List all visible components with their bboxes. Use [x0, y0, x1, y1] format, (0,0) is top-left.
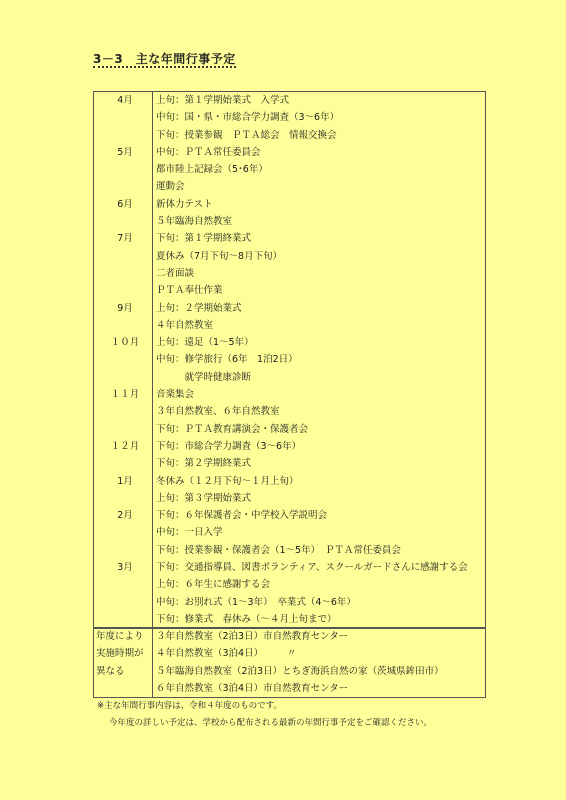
- table-row: 7月下旬：第１学期終業式: [94, 230, 486, 247]
- table-row: 実施時期が４年自然教室（3泊4日） 〃: [94, 645, 486, 662]
- table-row: １０月上旬：遠足（1～5年）: [94, 334, 486, 351]
- month-cell: [94, 594, 153, 611]
- table-row: 1月冬休み（１２月下旬～１月上旬）: [94, 473, 486, 490]
- month-cell: 4月: [94, 92, 153, 110]
- table-row: 夏休み（7月下旬～8月下旬）: [94, 248, 486, 265]
- note-current-year: ※主な年間行事内容は、令和４年度のものです。: [97, 698, 432, 715]
- event-cell: 中旬：一日入学: [153, 524, 486, 541]
- label-cell: 異なる: [94, 663, 153, 680]
- event-cell: ３年自然教室、６年自然教室: [153, 403, 486, 420]
- event-cell: 下旬：交通指導員、図書ボランティア、スクールガードさんに感謝する会: [153, 559, 486, 576]
- event-cell: 冬休み（１２月下旬～１月上旬）: [153, 473, 486, 490]
- table-row: 中旬：国・県・市総合学力調査（3～6年）: [94, 109, 486, 126]
- event-cell: 下旬：ＰＴＡ教育講演会・保護者会: [153, 421, 486, 438]
- table-row: 運動会: [94, 178, 486, 195]
- note-check-latest: 今年度の詳しい予定は、学校から配布される最新の年間行事予定をご確認ください。: [97, 715, 432, 732]
- event-cell: 新体力テスト: [153, 196, 486, 213]
- event-cell: 就学時健康診断: [153, 369, 486, 386]
- month-cell: [94, 127, 153, 144]
- event-cell: ４年自然教室: [153, 317, 486, 334]
- table-row: 4月上旬：第１学期始業式 入学式: [94, 92, 486, 110]
- table-row: １１月音楽集会: [94, 386, 486, 403]
- event-cell: ４年自然教室（3泊4日） 〃: [153, 645, 486, 662]
- table-row: 二者面談: [94, 265, 486, 282]
- month-cell: [94, 161, 153, 178]
- month-cell: 9月: [94, 300, 153, 317]
- month-cell: [94, 178, 153, 195]
- event-cell: 上旬：２学期始業式: [153, 300, 486, 317]
- event-cell: ６年自然教室（3泊4日）市自然教育センター: [153, 680, 486, 698]
- table-row: 9月上旬：２学期始業式: [94, 300, 486, 317]
- month-cell: [94, 213, 153, 230]
- table-row: 就学時健康診断: [94, 369, 486, 386]
- event-cell: 中旬：国・県・市総合学力調査（3～6年）: [153, 109, 486, 126]
- annual-schedule-table: 4月上旬：第１学期始業式 入学式中旬：国・県・市総合学力調査（3～6年）下旬：授…: [93, 91, 486, 629]
- table-row: 上旬：第３学期始業式: [94, 490, 486, 507]
- month-cell: １１月: [94, 386, 153, 403]
- section-title: 3－3 主な年間行事予定: [93, 52, 236, 68]
- table-row: 3月下旬：交通指導員、図書ボランティア、スクールガードさんに感謝する会: [94, 559, 486, 576]
- table-row: 中旬：一日入学: [94, 524, 486, 541]
- table-row: 2月下旬：６年保護者会・中学校入学説明会: [94, 507, 486, 524]
- event-cell: 都市陸上記録会（5･6年）: [153, 161, 486, 178]
- table-row: 下旬：授業参観 ＰＴＡ総会 情報交換会: [94, 127, 486, 144]
- event-cell: 下旬：第２学期終業式: [153, 455, 486, 472]
- event-cell: 上旬：第１学期始業式 入学式: [153, 92, 486, 110]
- table-row: 下旬：第２学期終業式: [94, 455, 486, 472]
- event-cell: ５年臨海自然教室: [153, 213, 486, 230]
- event-cell: 中旬：お別れ式（1～3年） 卒業式（4～6年）: [153, 594, 486, 611]
- month-cell: [94, 369, 153, 386]
- month-cell: 1月: [94, 473, 153, 490]
- table-row: 異なる５年臨海自然教室（2泊3日）とちぎ海浜自然の家（茨城県鉾田市）: [94, 663, 486, 680]
- event-cell: 上旬：第３学期始業式: [153, 490, 486, 507]
- month-cell: １２月: [94, 438, 153, 455]
- month-cell: [94, 317, 153, 334]
- label-cell: [94, 680, 153, 698]
- month-cell: [94, 542, 153, 559]
- month-cell: [94, 576, 153, 593]
- month-cell: 6月: [94, 196, 153, 213]
- event-cell: ５年臨海自然教室（2泊3日）とちぎ海浜自然の家（茨城県鉾田市）: [153, 663, 486, 680]
- month-cell: 3月: [94, 559, 153, 576]
- table-row: 中旬：お別れ式（1～3年） 卒業式（4～6年）: [94, 594, 486, 611]
- table-row: ３年自然教室、６年自然教室: [94, 403, 486, 420]
- event-cell: 中旬：ＰＴＡ常任委員会: [153, 144, 486, 161]
- table-row: １２月下旬：市総合学力調査（3～6年）: [94, 438, 486, 455]
- table-row: 中旬：修学旅行（6年 1泊2日）: [94, 351, 486, 368]
- table-row: ５年臨海自然教室: [94, 213, 486, 230]
- table-row: 下旬：ＰＴＡ教育講演会・保護者会: [94, 421, 486, 438]
- month-cell: [94, 109, 153, 126]
- table-row: 年度により３年自然教室（2泊3日）市自然教育センター: [94, 628, 486, 646]
- label-cell: 実施時期が: [94, 645, 153, 662]
- table-row: 6月新体力テスト: [94, 196, 486, 213]
- event-cell: ＰＴＡ奉仕作業: [153, 282, 486, 299]
- table-row: 下旬：授業参観・保護者会（1～5年） ＰＴＡ常任委員会: [94, 542, 486, 559]
- variable-schedule-table: 年度により３年自然教室（2泊3日）市自然教育センター実施時期が４年自然教室（3泊…: [93, 627, 486, 698]
- event-cell: 下旬：第１学期終業式: [153, 230, 486, 247]
- month-cell: [94, 455, 153, 472]
- event-cell: 二者面談: [153, 265, 486, 282]
- event-cell: 上旬：６年生に感謝する会: [153, 576, 486, 593]
- month-cell: [94, 403, 153, 420]
- month-cell: 5月: [94, 144, 153, 161]
- event-cell: 下旬：授業参観 ＰＴＡ総会 情報交換会: [153, 127, 486, 144]
- event-cell: 下旬：市総合学力調査（3～6年）: [153, 438, 486, 455]
- month-cell: [94, 248, 153, 265]
- table-row: ６年自然教室（3泊4日）市自然教育センター: [94, 680, 486, 698]
- table-row: 都市陸上記録会（5･6年）: [94, 161, 486, 178]
- month-cell: [94, 282, 153, 299]
- event-cell: 上旬：遠足（1～5年）: [153, 334, 486, 351]
- event-cell: 夏休み（7月下旬～8月下旬）: [153, 248, 486, 265]
- month-cell: [94, 490, 153, 507]
- event-cell: 下旬：授業参観・保護者会（1～5年） ＰＴＡ常任委員会: [153, 542, 486, 559]
- table-row: ＰＴＡ奉仕作業: [94, 282, 486, 299]
- event-cell: 中旬：修学旅行（6年 1泊2日）: [153, 351, 486, 368]
- table-row: 上旬：６年生に感謝する会: [94, 576, 486, 593]
- month-cell: [94, 524, 153, 541]
- month-cell: [94, 265, 153, 282]
- month-cell: [94, 351, 153, 368]
- month-cell: 2月: [94, 507, 153, 524]
- month-cell: １０月: [94, 334, 153, 351]
- event-cell: ３年自然教室（2泊3日）市自然教育センター: [153, 628, 486, 646]
- table-row: ４年自然教室: [94, 317, 486, 334]
- event-cell: 運動会: [153, 178, 486, 195]
- event-cell: 音楽集会: [153, 386, 486, 403]
- event-cell: 下旬：６年保護者会・中学校入学説明会: [153, 507, 486, 524]
- label-cell: 年度により: [94, 628, 153, 646]
- month-cell: [94, 421, 153, 438]
- month-cell: 7月: [94, 230, 153, 247]
- notes: ※主な年間行事内容は、令和４年度のものです。 今年度の詳しい予定は、学校から配布…: [97, 698, 432, 732]
- table-row: 5月中旬：ＰＴＡ常任委員会: [94, 144, 486, 161]
